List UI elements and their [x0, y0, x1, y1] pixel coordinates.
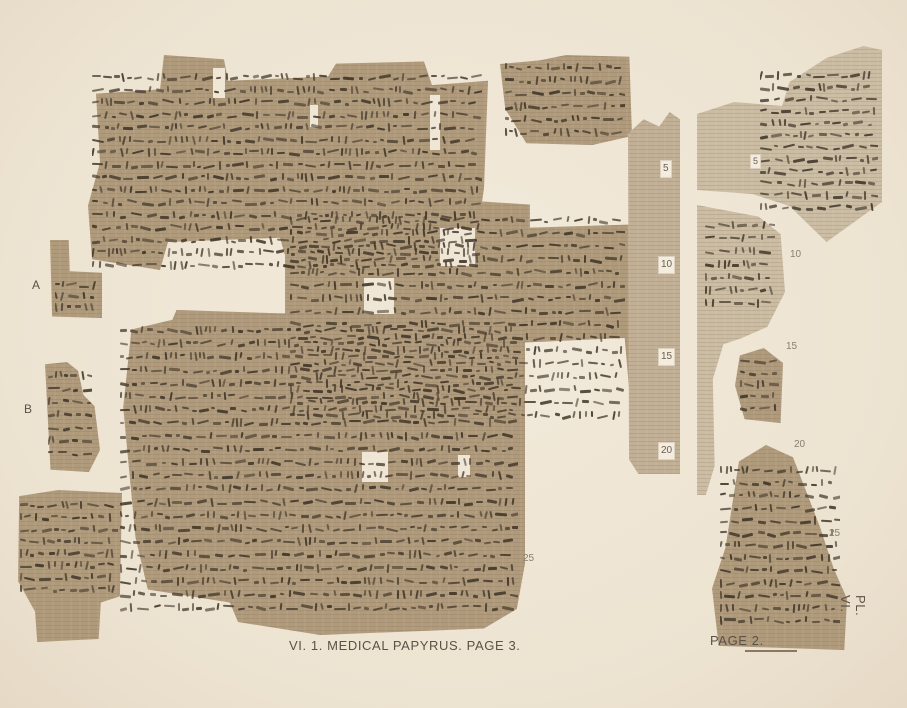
lacuna	[440, 228, 475, 266]
fragment-label-a: A	[32, 278, 41, 292]
page2-fragment-bottom	[712, 445, 847, 650]
plate-number: PL. VI.	[838, 595, 868, 634]
papyrus-fragment-upper-right	[500, 55, 632, 145]
papyrus-plate: 5 10 15 20 25 5 10 15 20 25 A B VI. 1. M…	[0, 0, 907, 708]
line-number-5: 5	[660, 160, 672, 178]
lacuna	[362, 452, 388, 482]
fragment-label-b: B	[24, 402, 33, 416]
papyrus-column-strip	[628, 112, 680, 474]
lacuna	[430, 95, 440, 150]
page2-label: PAGE 2.	[710, 633, 764, 648]
page2-underline	[745, 650, 797, 652]
page2-line-number-20: 20	[794, 439, 805, 450]
page2-line-number-15: 15	[786, 341, 797, 352]
line-number-25: 25	[523, 553, 534, 564]
papyrus-fragment-b	[45, 362, 100, 472]
plate-caption: VI. 1. MEDICAL PAPYRUS. PAGE 3.	[289, 638, 520, 653]
lacuna	[364, 278, 394, 314]
lacuna	[458, 455, 470, 477]
lacuna	[310, 105, 318, 127]
lacuna	[213, 68, 225, 98]
line-number-20: 20	[658, 442, 675, 460]
page2-line-number-25: 25	[829, 528, 840, 539]
line-number-10: 10	[658, 256, 675, 274]
page2-line-number-10: 10	[790, 249, 801, 260]
papyrus-fragment-lower-left	[16, 490, 122, 642]
page2-line-number-5: 5	[750, 154, 761, 169]
page2-fragment-small	[735, 348, 783, 423]
line-number-15: 15	[658, 348, 675, 366]
